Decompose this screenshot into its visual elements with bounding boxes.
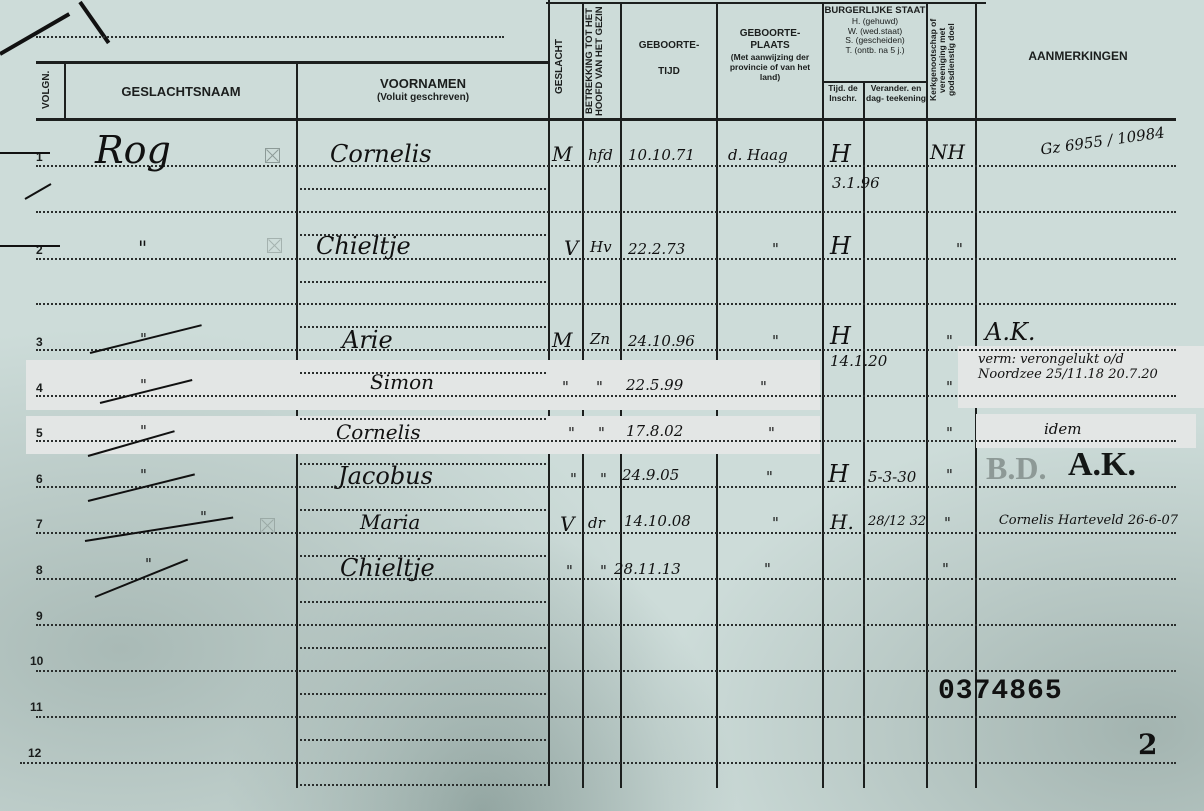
row-number: 11	[30, 700, 43, 714]
row-number: 7	[36, 517, 43, 531]
surname-cell: "	[140, 466, 147, 484]
birth-place-cell: d. Haag	[728, 146, 788, 164]
birth-date-cell: 17.8.02	[626, 422, 683, 440]
surname-cell: "	[138, 236, 147, 260]
row-line	[36, 211, 1176, 213]
row-line	[36, 440, 1176, 442]
sex-cell: "	[566, 562, 573, 580]
row-number: 6	[36, 472, 43, 486]
relation-cell: dr	[588, 514, 605, 532]
header-voornamen-title: VOORNAMEN	[300, 77, 546, 92]
sub-line	[300, 693, 546, 695]
birth-place-cell: "	[764, 560, 771, 578]
sex-cell: V	[564, 236, 578, 260]
birth-date-cell: 28.11.13	[614, 560, 681, 578]
given-name-cell: Chieltje	[316, 232, 411, 260]
row-number: 3	[36, 335, 43, 349]
row-line	[36, 624, 1176, 626]
header-geboortetijd-2: TIJD	[624, 66, 714, 78]
remarks-cell: verm: verongelukt o/d Noordzee 25/11.18 …	[978, 352, 1178, 382]
row-line	[36, 303, 1176, 305]
header-top-line	[36, 61, 550, 64]
strike-mark	[0, 245, 60, 247]
church-cell: "	[942, 560, 949, 578]
strike-surname	[85, 517, 233, 542]
given-name-cell: Simon	[370, 370, 434, 394]
given-name-cell: Chieltje	[340, 554, 435, 582]
church-cell: "	[944, 514, 951, 532]
row-line	[36, 349, 1176, 351]
given-name-cell: Arie	[342, 326, 393, 354]
sub-line	[300, 188, 546, 190]
strike-mark	[0, 152, 50, 154]
relation-cell: Hv	[590, 238, 612, 256]
birth-date-cell: 14.10.08	[624, 512, 691, 530]
relation-cell: Zn	[590, 330, 610, 348]
checkbox-stamp-icon	[260, 518, 275, 533]
surname-cell: Rog	[95, 128, 171, 172]
row-number: 9	[36, 609, 43, 623]
header-geboortetijd-1: GEBOORTE-	[624, 40, 714, 52]
civil-date-cell: 3.1.96	[832, 174, 880, 192]
sex-cell: "	[570, 470, 577, 488]
sex-cell: M	[552, 328, 572, 352]
checkbox-stamp-icon	[267, 238, 282, 253]
header-geboorteplaats-1: GEBOORTE-	[720, 28, 820, 40]
remarks-cell: Gz 6955 / 10984	[1039, 123, 1165, 158]
change-date-cell: 5-3-30	[868, 468, 916, 486]
birth-date-cell: 22.2.73	[628, 240, 685, 258]
change-date-cell: 28/12 32	[868, 514, 926, 529]
header-verander: Verander. en dag- teekening	[866, 84, 926, 104]
birth-date-cell: 10.10.71	[628, 146, 695, 164]
remarks-cell: Cornelis Harteveld 26-6-07	[958, 512, 1178, 530]
sub-line	[300, 326, 546, 328]
row-line	[36, 258, 1176, 260]
sex-cell: V	[560, 512, 574, 536]
sub-line	[300, 601, 546, 603]
church-cell: "	[956, 240, 963, 258]
sex-cell: "	[562, 378, 569, 396]
birth-place-cell: "	[772, 332, 779, 350]
row-line	[36, 532, 1176, 534]
birth-date-cell: 22.5.99	[626, 376, 683, 394]
sub-line	[300, 281, 546, 283]
given-name-cell: Jacobus	[338, 462, 433, 490]
row-line	[36, 670, 1176, 672]
row-line	[36, 395, 1176, 397]
row-number: 5	[36, 426, 43, 440]
given-name-cell: Cornelis	[330, 140, 432, 168]
civil-status-cell: H	[830, 322, 851, 350]
corner-number: 2	[1138, 728, 1157, 761]
sub-line	[300, 739, 546, 741]
header-burgerlijke-staat: BURGERLIJKE STAAT H. (gehuwd) W. (wed.st…	[824, 6, 926, 56]
civil-date-cell: 14.1.20	[830, 352, 887, 370]
relation-cell: hfd	[588, 146, 613, 164]
strike-mark	[25, 183, 52, 200]
sub-line	[300, 784, 546, 786]
birth-place-cell: "	[772, 514, 779, 532]
civil-status-cell: H	[830, 140, 851, 168]
church-cell: "	[946, 424, 953, 442]
row-number: 12	[28, 746, 41, 760]
checkbox-stamp-icon	[265, 148, 280, 163]
top-dotted-line	[36, 36, 504, 38]
highlight-row-5-remarks	[976, 414, 1196, 448]
birth-place-cell: "	[768, 424, 775, 442]
family-registration-card: VOLGN. GESLACHTSNAAM VOORNAMEN (Voluit g…	[0, 0, 1204, 811]
header-aanmerkingen: AANMERKINGEN	[978, 50, 1178, 64]
relation-cell: "	[596, 378, 603, 396]
header-bs-t: T. (ontb. na 5 j.)	[824, 46, 926, 56]
sex-cell: "	[568, 424, 575, 442]
header-voornamen-sub: (Voluit geschreven)	[300, 92, 546, 104]
relation-cell: "	[600, 470, 607, 488]
header-geslachtsnaam: GESLACHTSNAAM	[70, 85, 292, 100]
header-bottom-line	[36, 118, 1176, 121]
header-kerkgenootschap: Kerkgenootschap of vereeniging met godsd…	[929, 4, 973, 116]
remarks-cell: A.K.	[985, 318, 1036, 346]
header-geboorteplaats-2: PLAATS	[720, 40, 820, 52]
surname-cell: "	[145, 555, 152, 573]
birth-place-cell: "	[766, 468, 773, 486]
header-tijd-inschr: Tijd. de Inschr.	[824, 84, 862, 104]
relation-cell: "	[598, 424, 605, 442]
header-geboorteplaats: GEBOORTE- PLAATS (Met aanwijzing der pro…	[720, 28, 820, 82]
row-number: 8	[36, 563, 43, 577]
header-betrekking: BETREKKING TOT HET HOOFD VAN HET GEZIN	[585, 6, 618, 116]
sub-line	[300, 509, 546, 511]
ak-stamp: A.K.	[1068, 446, 1136, 484]
bd-stamp: B.D.	[986, 450, 1046, 487]
relation-cell: "	[600, 562, 607, 580]
church-cell: "	[946, 466, 953, 484]
row-number: 4	[36, 381, 43, 395]
header-geslacht: GESLACHT	[555, 20, 575, 114]
birth-date-cell: 24.10.96	[628, 332, 695, 350]
civil-status-cell: H	[828, 460, 849, 488]
birth-date-cell: 24.9.05	[622, 466, 679, 484]
church-cell: "	[946, 332, 953, 350]
given-name-cell: Cornelis	[336, 420, 421, 444]
given-name-cell: Maria	[360, 510, 420, 534]
row-number: 10	[30, 654, 43, 668]
header-voornamen: VOORNAMEN (Voluit geschreven)	[300, 77, 546, 103]
header-volgn: VOLGN.	[42, 66, 56, 114]
remarks-cell: idem	[1044, 420, 1082, 438]
col-line	[64, 62, 66, 119]
birth-place-cell: "	[760, 378, 767, 396]
serial-number: 0374865	[938, 676, 1063, 707]
civil-status-cell: H.	[830, 510, 854, 534]
church-cell: NH	[930, 140, 965, 164]
row-line	[36, 165, 1176, 167]
header-geboorteplaats-sub: (Met aanwijzing der provincie of van het…	[720, 53, 820, 82]
civil-status-cell: H	[830, 232, 851, 260]
row-line	[20, 762, 1176, 764]
corner-mark	[0, 12, 70, 55]
sex-cell: M	[552, 142, 572, 166]
birth-place-cell: "	[772, 240, 779, 258]
row-line	[36, 716, 1176, 718]
church-cell: "	[946, 378, 953, 396]
header-top-line-right	[546, 2, 986, 4]
header-geboortetijd: GEBOORTE- TIJD	[624, 40, 714, 77]
sub-line	[300, 647, 546, 649]
